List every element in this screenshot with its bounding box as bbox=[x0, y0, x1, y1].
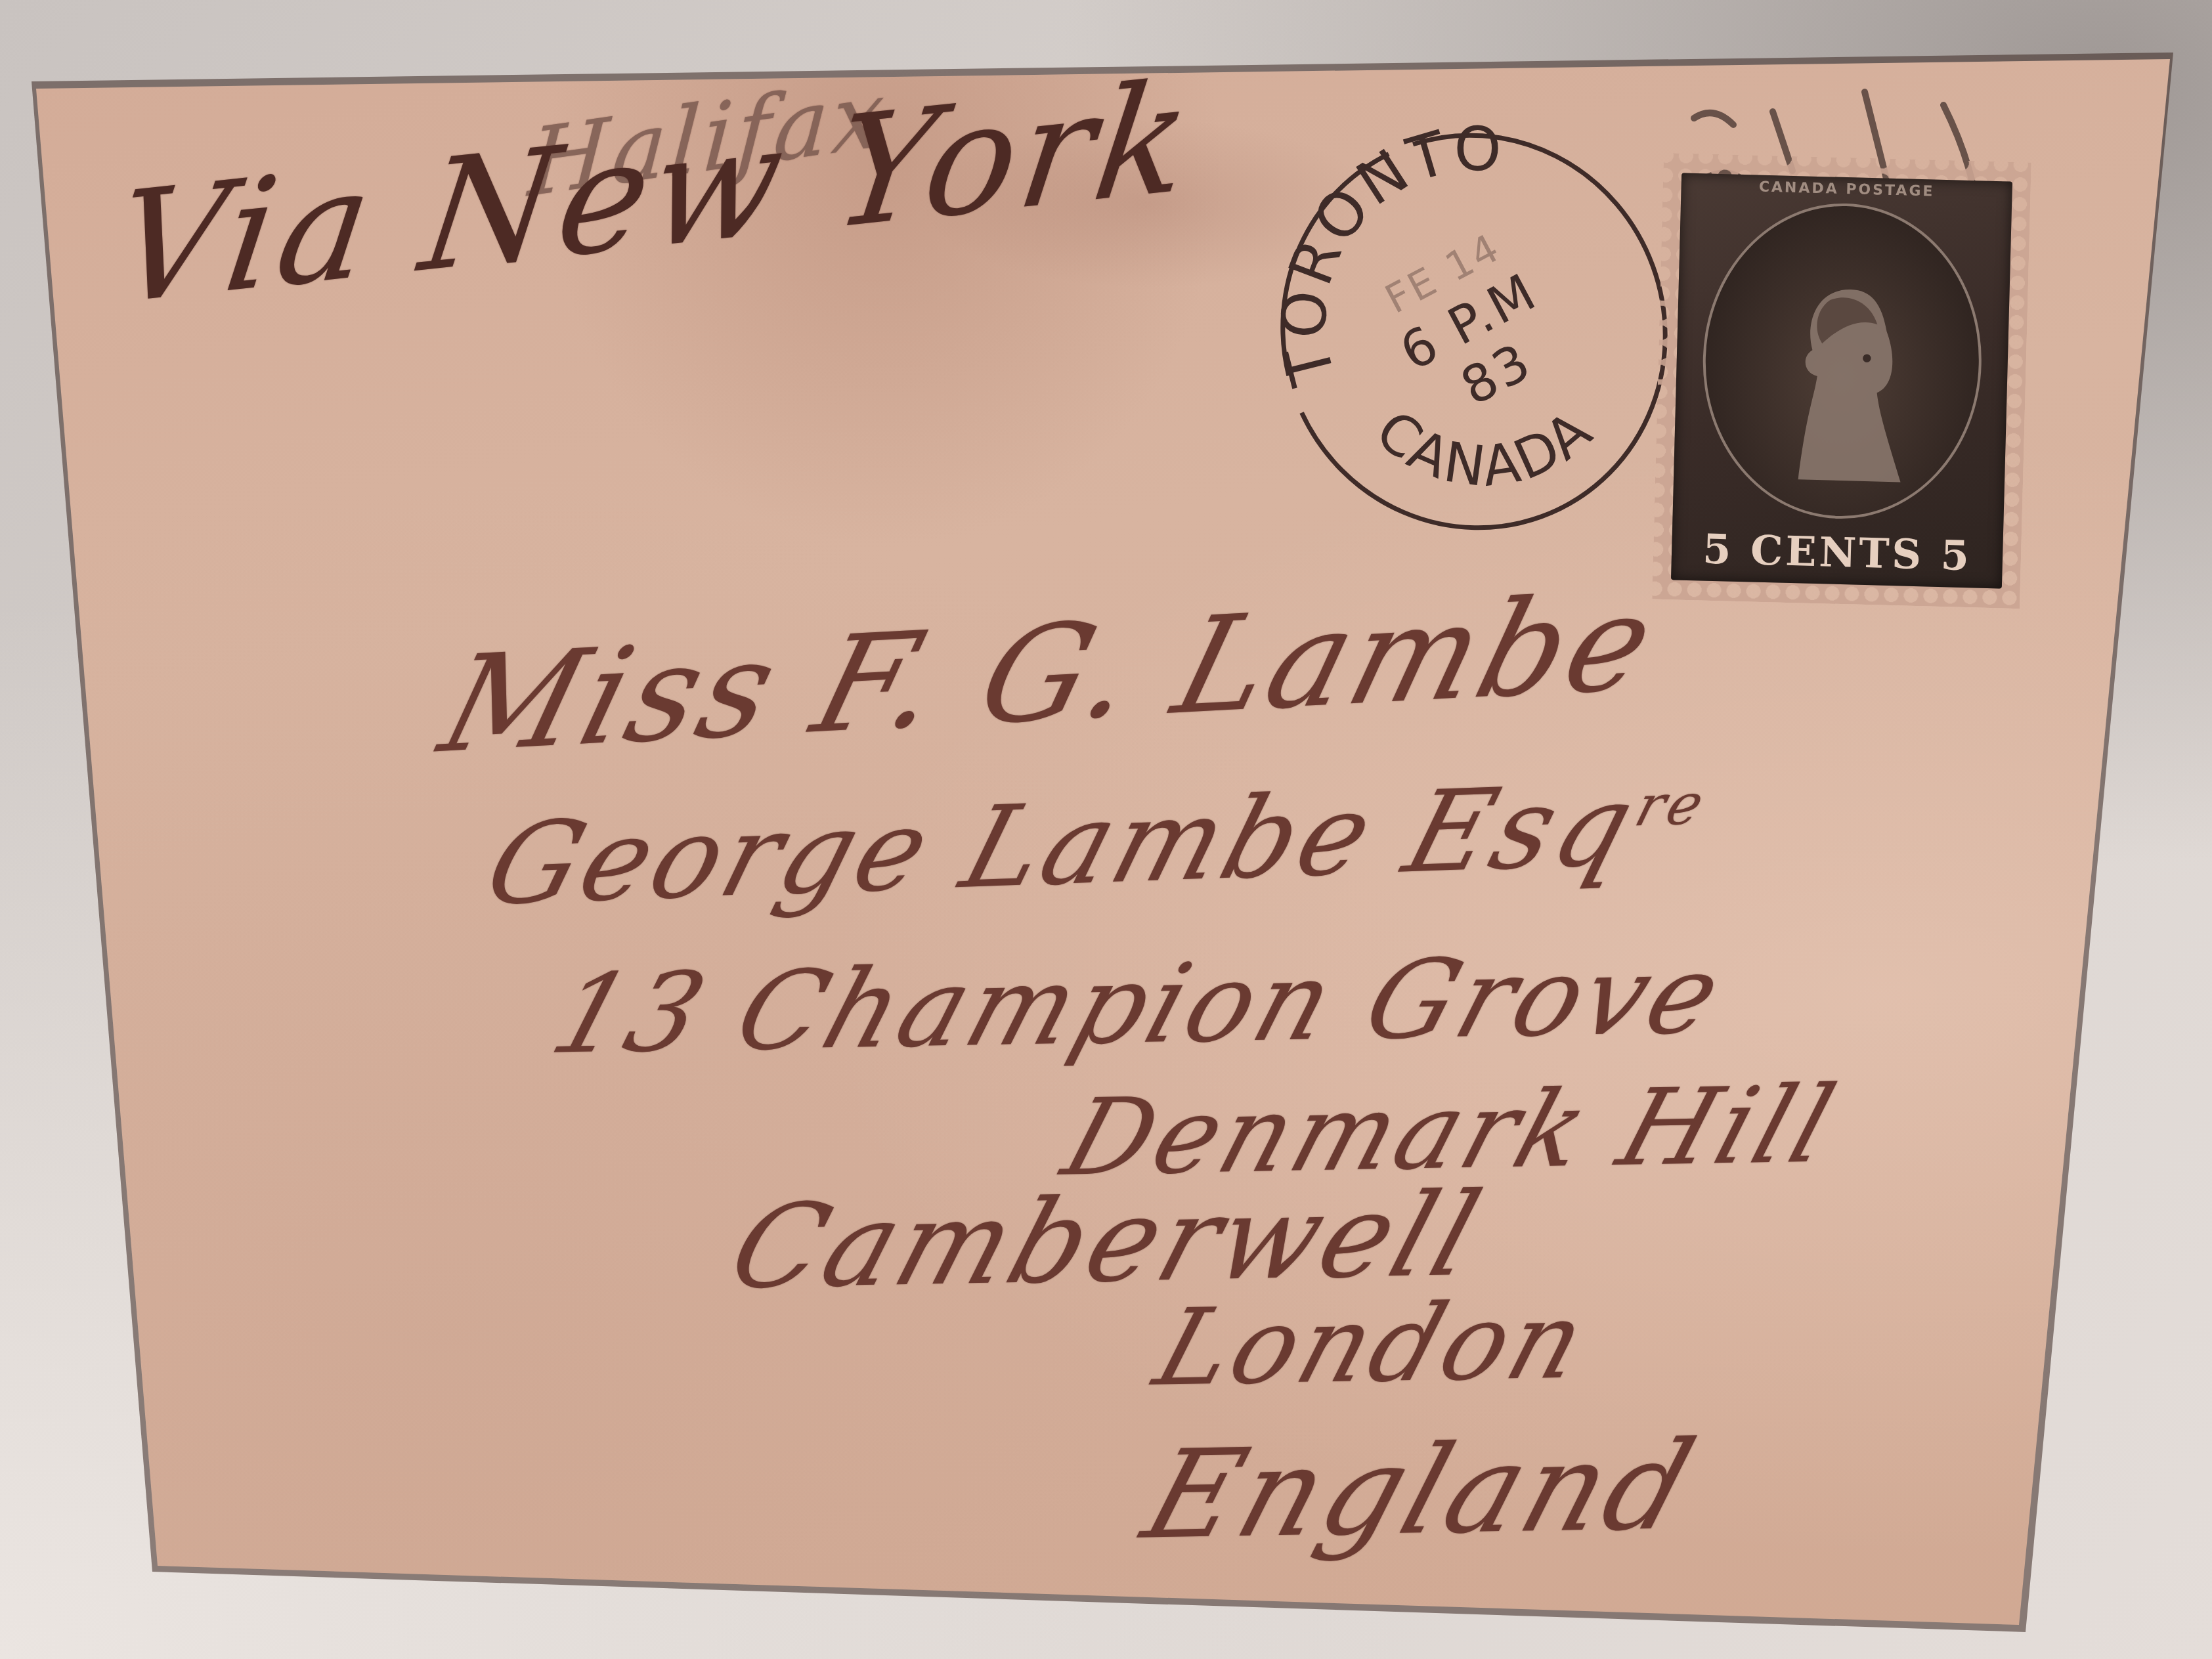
address-line-city: London bbox=[1142, 1279, 1603, 1410]
postmark-circle-icon: TORONTO FE 14 6 P.M 83 CANADA bbox=[1264, 115, 1684, 548]
address-line-country: England bbox=[1129, 1414, 1712, 1566]
postmark: TORONTO FE 14 6 P.M 83 CANADA bbox=[1264, 115, 1684, 548]
stamp-design: CANADA POSTAGE 5 CENTS 5 bbox=[1671, 173, 2012, 589]
stamp-value-label: 5 CENTS 5 bbox=[1671, 524, 2003, 580]
address-line-street: 13 Champion Grove bbox=[538, 931, 1739, 1078]
stamp-top-inscription: CANADA POSTAGE bbox=[1687, 177, 2005, 202]
queen-portrait-icon bbox=[1771, 260, 1913, 496]
stamp-portrait-frame bbox=[1699, 200, 1985, 523]
postage-stamp: CANADA POSTAGE 5 CENTS 5 bbox=[1652, 153, 2031, 609]
photo-scene: Halifax Via New York TORONTO FE 14 6 P.M bbox=[0, 0, 2212, 1659]
